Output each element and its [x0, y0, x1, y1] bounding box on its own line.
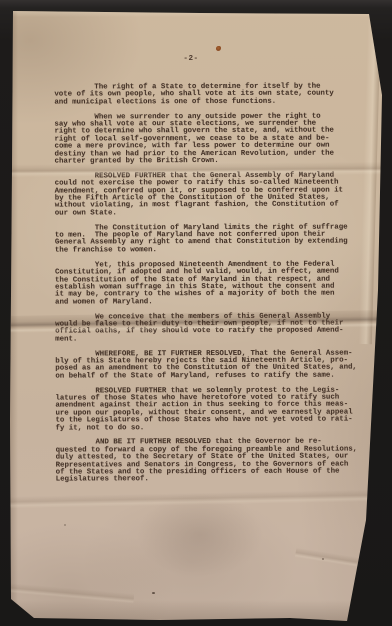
fold-crease-lower [0, 489, 392, 509]
paragraph-resolved-ratify: RESOLVED FURTHER that the General Assemb… [55, 172, 357, 217]
paper-top-edge-highlight [12, 11, 370, 17]
rust-stain [216, 46, 221, 51]
paper-right-edge-curl [359, 14, 381, 344]
paragraph-solemn-protest: RESOLVED FURTHER that we solemnly protes… [55, 387, 357, 432]
document-body: The right of a State to determine for it… [54, 83, 357, 491]
paper-speck [64, 524, 66, 526]
paragraph-nineteenth-amend: Yet, this proposed Nineteenth Amendment … [55, 261, 357, 306]
paper-speck [152, 592, 155, 594]
fold-crease-upper [0, 162, 392, 178]
wrinkle-bottom-right [295, 547, 392, 574]
paragraph-wherefore-resolved: WHEREFORE, BE IT FURTHER RESOLVED, That … [55, 350, 357, 381]
paper-speck [322, 558, 324, 560]
paragraph-surrender-power: When we surrender to any outside power t… [54, 113, 356, 166]
page-number: -2- [13, 55, 369, 63]
photo-background: -2- The right of a State to determine fo… [0, 0, 392, 626]
paragraph-md-constitution: The Constitution of Maryland limits the … [55, 224, 357, 255]
document-page: -2- The right of a State to determine fo… [0, 0, 392, 626]
paragraph-governor-forward: AND BE IT FURTHER RESOLVED that the Gove… [56, 439, 358, 484]
paper-bottom-edge-shadow [10, 600, 390, 622]
paragraph-state-right: The right of a State to determine for it… [54, 83, 356, 106]
